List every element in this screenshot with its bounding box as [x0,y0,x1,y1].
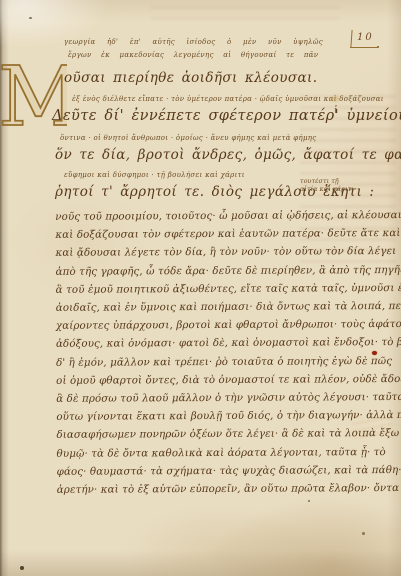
manuscript-page: 10 γεωργία ἠδ' ἐπ' αὐτῆς ἰσίοδος ὁ μὲν ν… [0,0,401,576]
folio-underline [350,47,377,48]
commentary-line: ἃ τοῦ ἐμοῦ ποιητικοῦ ἀξιωθέντες, εἴτε τα… [56,279,368,299]
folio-underline-dot [377,46,379,48]
commentary-line: νοῦς τοῦ προοιμίου, τοιοῦτος· ὦ μοῦσαι α… [55,206,367,226]
ink-speck [308,500,310,502]
verse-line-2: Δεῦτε δί' ἐννέπετε σφέτερον πατέρ' ὑμνεί… [52,108,401,124]
folio-number: 10 [357,32,374,43]
verse-4-gloss: εὔφημοι καὶ δύσφημοι · τῇ βουλήσει καὶ χ… [64,171,245,180]
ink-speck [362,532,365,535]
commentary-line: καὶ δοξάζουσαι τὸν σφέτερον καὶ ἑαυτῶν π… [55,224,367,244]
commentary-block: νοῦς τοῦ προοιμίου, τοιοῦτος· ὦ μοῦσαι α… [55,206,369,499]
verse-line-1: οῦσαι πιερίηθε ἀοιδῆσι κλέουσαι. [64,70,317,86]
ink-speck [29,17,32,19]
verse-line-3: ὅν τε δία, βροτοὶ ἄνδρες, ὁμῶς, ἄφατοί τ… [55,147,401,163]
commentary-line: ἀρετήν· καὶ τὸ ἐξ αὐτῶν εὐπορεῖν, ἂν οὕτ… [57,479,369,499]
folio-tick-mark [350,30,352,47]
commentary-line: οὕτω γίνονται ἕκατι καὶ βουλῇ τοῦ διός, … [56,406,368,426]
commentary-line: ἀπὸ τῆς γραφῆς, ὦ τόδε ἄρα· δεῦτε δὲ πιε… [56,261,368,281]
commentary-line: οἱ ὁμοῦ φθαρτοὶ ὄντες, διὰ τὸ ὀνομαστοί … [56,370,368,390]
parchment-stain [330,96,340,102]
initial-letter-M: M [0,58,67,138]
verse-2-end-mark: ἱ [334,106,338,116]
commentary-line: διασαφήσωμεν πονηρῶν ὀξέων ὅτε λέγει· ἃ … [56,425,368,445]
verse-3-gloss: ὅντινα · οἱ θνητοὶ ἄνθρωποι · ὁμοίως · ἄ… [60,134,317,143]
commentary-line: ἃ δὲ πρόσω τοῦ λαοῦ μᾶλλον ὁ τὴν γνῶσιν … [56,388,368,408]
ink-speck [20,566,24,570]
commentary-line: ἀδόξους, καὶ ὀνόμασι· φατοὶ δὲ, καὶ ὀνομ… [56,334,368,354]
commentary-line: χαίροντες ὑπάρχουσι, βροτοὶ καὶ φθαρτοὶ … [56,315,368,335]
verse-4-side-gloss: τουτέστι τῇ αἰτίᾳ καὶ χάριτι [300,177,358,193]
commentary-line: ἀοιδαῖς, καὶ ἐν ὕμνοις καὶ ποιήμασι· διὰ… [56,297,368,317]
header-gloss-line-2: ἔργων ἐκ μακεδονίας λεγομένης αἱ θήγουσα… [68,51,318,60]
folio-number-block: 10 [349,30,383,50]
commentary-line: καὶ ᾄδουσαι λέγετε τὸν δία, ἢ τὸν νοῦν· … [55,243,367,263]
header-gloss-line-1: γεωργία ἠδ' ἐπ' αὐτῆς ἰσίοδος ὁ μὲν νῦν … [64,38,323,47]
commentary-line: θυμῷ· τὰ δὲ ὄντα καθολικὰ καὶ ἀόρατα λέγ… [56,443,368,463]
commentary-line: δ' ἢ ἐμόν, μᾶλλον καὶ τρέπει· ῥὸ τοιαῦτα… [56,352,368,372]
red-ink-dot [372,351,377,355]
commentary-line: φάος· θαυμαστά· τὰ σχήματα· τὰς ψυχὰς δι… [57,461,369,481]
initial-letter-glyph: M [0,58,67,138]
bleed-through-text [150,6,340,28]
